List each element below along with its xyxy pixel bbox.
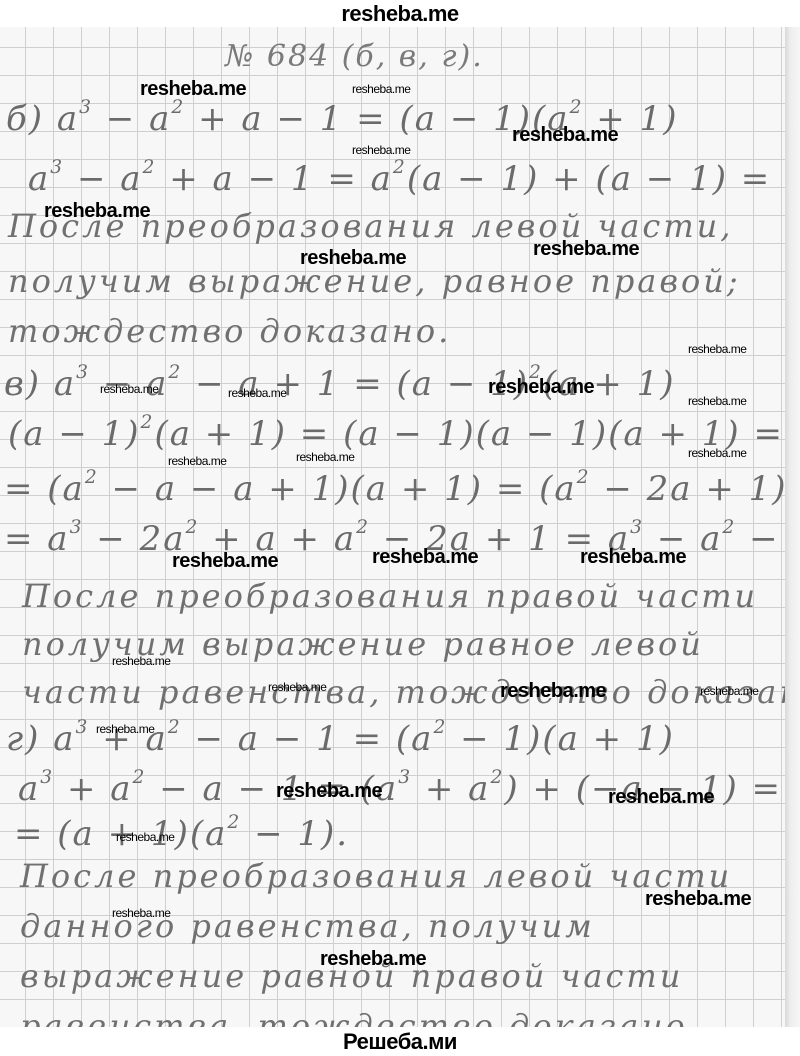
exponent: 3 [79, 97, 93, 118]
exponent: 3 [70, 517, 84, 538]
part-b-step1: a3 − a2 + a − 1 = a2(a − 1) + (a − 1) = … [28, 157, 785, 199]
watermark: resheba.me [228, 386, 286, 400]
exponent: 2 [356, 517, 370, 538]
part-b-conclusion-line3: тождество доказано. [8, 312, 451, 350]
exponent: 2 [85, 467, 99, 488]
watermark: resheba.me [276, 780, 382, 803]
exponent: 2 [227, 812, 241, 833]
watermark: resheba.me [700, 684, 758, 698]
watermark: resheba.me [112, 654, 170, 668]
watermark: resheba.me [140, 78, 246, 101]
part-v-step1: (a − 1)2(a + 1) = (a − 1)(a − 1)(a + 1) … [8, 412, 784, 454]
watermark: resheba.me [608, 786, 714, 809]
watermark: resheba.me [580, 546, 686, 569]
watermark: resheba.me [352, 143, 410, 157]
header-watermark: resheba.me [0, 0, 800, 27]
exponent: 2 [722, 517, 736, 538]
watermark: resheba.me [116, 830, 174, 844]
watermark: resheba.me [533, 238, 639, 261]
part-g-conclusion-line2: данного равенства, получим [20, 907, 595, 945]
watermark: resheba.me [500, 680, 606, 703]
watermark: resheba.me [645, 888, 751, 911]
watermark: resheba.me [268, 680, 326, 694]
part-v-conclusion-line1: После преобразования правой части [22, 577, 758, 615]
exponent: 2 [433, 717, 447, 738]
watermark: resheba.me [44, 200, 150, 223]
exponent: 3 [76, 717, 90, 738]
watermark: resheba.me [168, 454, 226, 468]
problem-title: № 684 (б, в, г). [225, 39, 484, 74]
exponent: 2 [570, 97, 584, 118]
watermark: resheba.me [352, 82, 410, 96]
watermark: resheba.me [512, 124, 618, 147]
watermark: resheba.me [296, 450, 354, 464]
watermark: resheba.me [488, 376, 594, 399]
exponent: 2 [141, 412, 155, 433]
watermark: resheba.me [112, 906, 170, 920]
exponent: 3 [50, 157, 64, 178]
watermark: resheba.me [320, 948, 426, 971]
exponent: 2 [490, 767, 504, 788]
watermark: resheba.me [372, 546, 478, 569]
watermark: resheba.me [688, 342, 746, 356]
watermark: resheba.me [688, 394, 746, 408]
paper-edge-shadow [785, 27, 800, 1027]
exponent: 2 [168, 362, 182, 383]
watermark: resheba.me [96, 722, 154, 736]
part-v-step2: = (a2 − a − a + 1)(a + 1) = (a2 − 2a + 1… [4, 467, 785, 509]
part-v-conclusion-line3: части равенства, тождество доказано. [22, 673, 785, 711]
notebook-page: № 684 (б, в, г). б) a3 − a2 + a − 1 = (a… [0, 27, 785, 1027]
exponent: 3 [76, 362, 90, 383]
exponent: 2 [393, 157, 407, 178]
part-g-conclusion-line1: После преобразования левой части [20, 857, 732, 895]
watermark: resheba.me [688, 446, 746, 460]
exponent: 2 [168, 717, 182, 738]
part-g-conclusion-line4: равенства, тождество доказано. [20, 1007, 701, 1027]
exponent: 3 [40, 767, 54, 788]
exponent: 2 [133, 767, 147, 788]
exponent: 2 [577, 467, 591, 488]
exponent: 3 [398, 767, 412, 788]
exponent: 2 [185, 517, 199, 538]
watermark: resheba.me [300, 247, 406, 270]
part-g-step2: = (a + 1)(a2 − 1). [14, 812, 349, 854]
watermark: resheba.me [100, 382, 158, 396]
exponent: 3 [630, 517, 644, 538]
footer-watermark: Решеба.ми [0, 1027, 800, 1056]
exponent: 2 [143, 157, 157, 178]
watermark: resheba.me [172, 550, 278, 573]
